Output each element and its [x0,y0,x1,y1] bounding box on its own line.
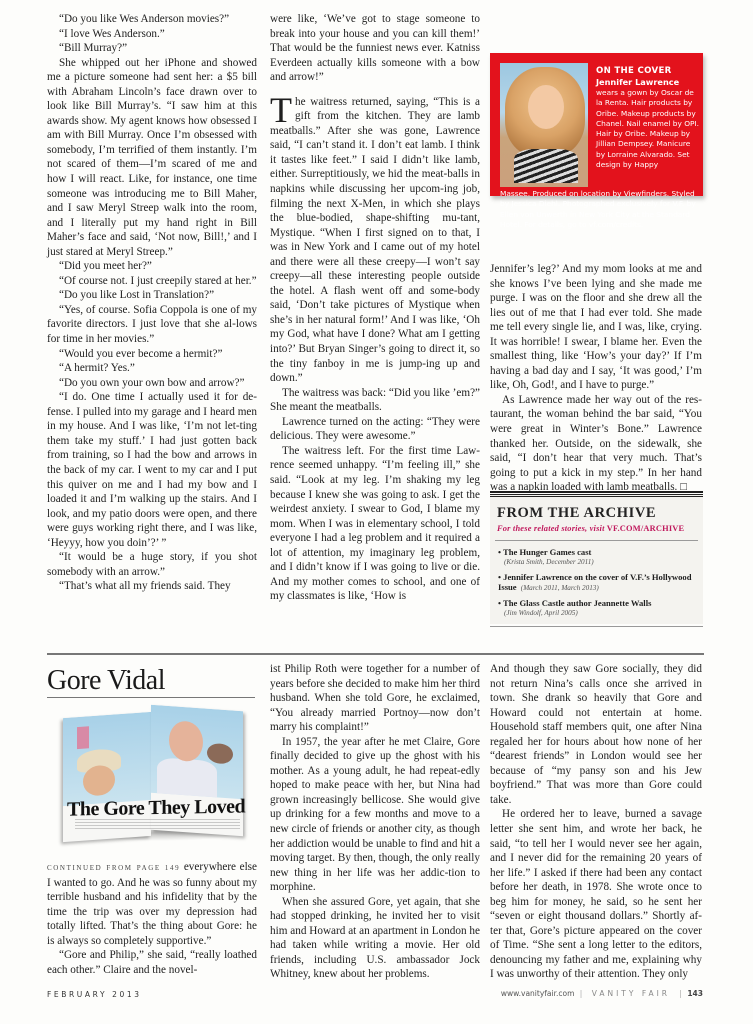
archive-list: • The Hunger Games cast(Krista Smith, De… [498,547,698,623]
from-the-archive-box: FROM THE ARCHIVE For these related stori… [490,494,703,624]
paragraph: “It would be a huge story, if you shot s… [47,550,257,579]
paragraph: “Yes, of course. Sofia Coppola is one of… [47,303,257,347]
cover-name: Jennifer Lawrence [596,77,700,88]
spread-headline: The Gore They Loved [67,795,247,821]
website-link[interactable]: www.vanityfair.com [501,989,574,998]
paragraph-text: he waitress returned, saying, “This is a… [270,96,480,384]
archive-item-meta: (Jim Windolf, April 2005) [498,608,698,618]
issue-date: FEBRUARY 2013 [47,990,142,999]
archive-item-title: The Hunger Games cast [503,547,591,557]
archive-title: FROM THE ARCHIVE [497,505,656,522]
dropcap-paragraph: The waitress returned, saying, “This is … [270,95,480,386]
cover-credits: ON THE COVER Jennifer Lawrence wears a g… [596,65,700,170]
page-footer: www.vanityfair.com | VANITY FAIR | 143 [501,989,703,998]
paragraph: “Do you like Wes Anderson movies?” [47,12,257,27]
paragraph: “I do. One time I actually used it for d… [47,390,257,550]
cover-heading: ON THE COVER [596,65,700,77]
section-title: Gore Vidal [47,665,165,697]
article-column-1: “Do you like Wes Anderson movies?” “I lo… [47,12,257,594]
paragraph: “I love Wes Anderson.” [47,27,257,42]
article-column-2: were like, ‘We’ve got to stage someone t… [270,12,480,604]
article-column-3: Jennifer’s leg?’ And my mom looks at me … [490,262,702,495]
paragraph: “Gore and Philip,” she said, “really loa… [47,948,257,977]
page-number: 143 [687,989,703,998]
cover-credits-bottom: Massee. Produced on location by Viewfind… [500,189,700,230]
paragraph: CONTINUED FROM PAGE 149 everywhere else … [47,860,257,948]
paragraph: Lawrence turned on the acting: “They wer… [270,415,480,444]
archive-item[interactable]: • The Hunger Games cast(Krista Smith, De… [498,547,698,567]
paragraph: “Would you ever become a hermit?” [47,347,257,362]
paragraph: In 1957, the year after he met Claire, G… [270,735,480,895]
archive-item-meta: (March 2011, March 2013) [519,584,599,592]
gore-column-3: And though they saw Gore socially, they … [490,662,702,982]
brand-name: VANITY FAIR [592,989,670,998]
continued-label[interactable]: CONTINUED FROM PAGE 149 [47,864,180,872]
paragraph-text: everywhere else I wanted to go. And he w… [47,861,257,947]
paragraph: She whipped out her iPhone and showed me… [47,56,257,260]
on-the-cover-box: ON THE COVER Jennifer Lawrence wears a g… [490,53,703,196]
paragraph: ist Philip Roth were together for a numb… [270,662,480,735]
paragraph: The waitress left. For the first time La… [270,444,480,604]
paragraph: were like, ‘We’ve got to stage someone t… [270,12,480,85]
gore-column-2: ist Philip Roth were together for a numb… [270,662,480,982]
paragraph: When she assured Gore, yet again, that s… [270,895,480,982]
paragraph: “Bill Murray?” [47,41,257,56]
magazine-spread-image: The Gore They Loved [55,705,250,845]
archive-link[interactable]: VF.COM/ARCHIVE [607,524,685,533]
paragraph: “Of course not. I just creepily stared a… [47,274,257,289]
paragraph: “Do you like Lost in Translation?” [47,288,257,303]
paragraph: “Do you own your own bow and arrow?” [47,376,257,391]
section-divider [47,653,704,655]
cover-photo-jennifer-lawrence [500,63,588,187]
paragraph: “That’s what all my friends said. They [47,579,257,594]
dropcap-letter: T [270,96,292,124]
paragraph: As Lawrence made her way out of the res-… [490,393,702,495]
archive-item[interactable]: • The Glass Castle author Jeannette Wall… [498,598,698,618]
gore-column-1: CONTINUED FROM PAGE 149 everywhere else … [47,860,257,977]
cover-credits-side: wears a gown by Oscar de la Renta. Hair … [596,88,700,170]
paragraph: And though they saw Gore socially, they … [490,662,702,807]
paragraph: The waitress was back: “Did you like ’em… [270,386,480,415]
paragraph: Jennifer’s leg?’ And my mom looks at me … [490,262,702,393]
paragraph: “Did you meet her?” [47,259,257,274]
archive-item-title: The Glass Castle author Jeannette Walls [503,598,651,608]
paragraph: He ordered her to leave, burned a savage… [490,807,702,982]
archive-subtitle: For these related stories, visit VF.COM/… [497,524,684,533]
archive-item-meta: (Krista Smith, December 2011) [498,557,698,567]
title-rule [47,697,255,698]
paragraph: “A hermit? Yes.” [47,361,257,376]
archive-subtitle-text: For these related stories, visit [497,524,605,533]
archive-item[interactable]: • Jennifer Lawrence on the cover of V.F.… [498,572,698,593]
